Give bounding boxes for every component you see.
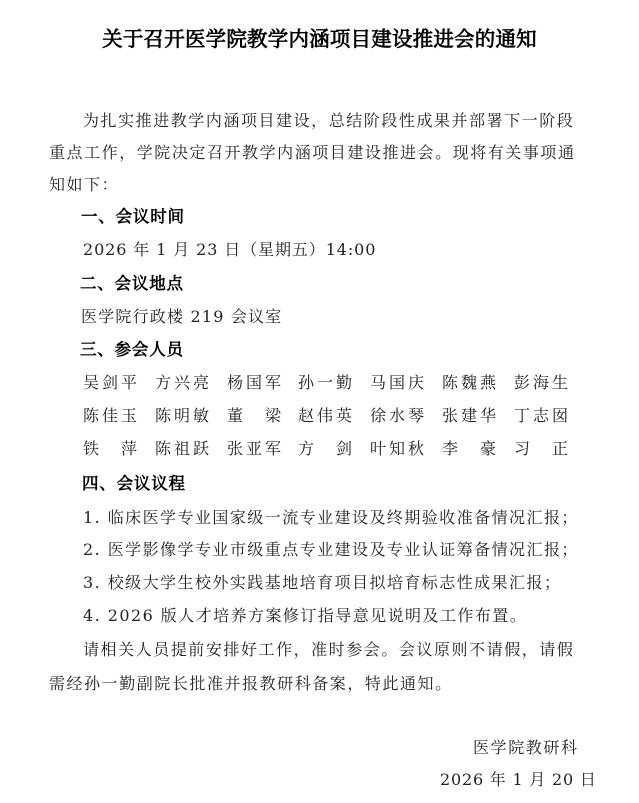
attendee-name: 方兴亮 <box>155 366 209 399</box>
attendee-name: 陈佳玉 <box>83 399 137 432</box>
attendee-name: 丁志囡 <box>514 399 568 432</box>
closing-line-1: 请相关人员提前安排好工作，准时参会。会议原则不请假，请假 <box>83 633 623 666</box>
attendee-name: 孙一勤 <box>298 366 352 399</box>
intro-line-2: 重点工作，学院决定召开教学内涵项目建设推进会。现将有关事项通 <box>49 136 589 169</box>
attendee-name: 陈祖跃 <box>155 432 209 465</box>
issue-date: 2026 年 1 月 20 日 <box>440 763 597 796</box>
intro-line-1: 为扎实推进教学内涵项目建设，总结阶段性成果并部署下一阶段 <box>83 104 623 137</box>
attendee-name: 彭海生 <box>514 366 568 399</box>
section-heading-attendees: 三、参会人员 <box>80 333 620 366</box>
attendee-name: 张建华 <box>442 399 496 432</box>
section-heading-agenda: 四、会议议程 <box>82 467 622 500</box>
attendee-name: 陈明敏 <box>155 399 209 432</box>
attendee-name: 方剑 <box>298 432 352 465</box>
meeting-time: 2026 年 1 月 23 日（星期五）14:00 <box>83 233 623 266</box>
intro-line-3: 知如下： <box>49 168 589 201</box>
document-title: 关于召开医学院教学内涵项目建设推进会的通知 <box>0 24 639 54</box>
agenda-item-3: 3. 校级大学生校外实践基地培育项目拟培育标志性成果汇报； <box>83 566 623 599</box>
agenda-item-1: 1. 临床医学专业国家级一流专业建设及终期验收准备情况汇报； <box>83 501 623 534</box>
attendee-name: 赵伟英 <box>298 399 352 432</box>
attendee-name: 叶知秋 <box>370 432 424 465</box>
attendee-name: 杨国军 <box>227 366 281 399</box>
attendee-name: 张亚军 <box>227 432 281 465</box>
section-heading-location: 二、会议地点 <box>80 267 620 300</box>
attendee-name: 吴剑平 <box>83 366 137 399</box>
agenda-item-4: 4. 2026 版人才培养方案修订指导意见说明及工作布置。 <box>83 599 623 632</box>
issuer-name: 医学院教研科 <box>473 731 579 764</box>
attendee-name: 习正 <box>514 432 568 465</box>
attendee-name: 李豪 <box>442 432 496 465</box>
attendee-name: 陈魏燕 <box>442 366 496 399</box>
attendee-name: 马国庆 <box>370 366 424 399</box>
attendee-name: 铁萍 <box>83 432 137 465</box>
attendee-name: 董梁 <box>227 399 281 432</box>
closing-line-2: 需经孙一勤副院长批准并报教研科备案，特此通知。 <box>49 667 589 700</box>
meeting-location: 医学院行政楼 219 会议室 <box>81 300 621 333</box>
section-heading-time: 一、会议时间 <box>81 200 621 233</box>
attendee-name: 徐水琴 <box>370 399 424 432</box>
agenda-item-2: 2. 医学影像学专业市级重点专业建设及专业认证筹备情况汇报； <box>83 533 623 566</box>
